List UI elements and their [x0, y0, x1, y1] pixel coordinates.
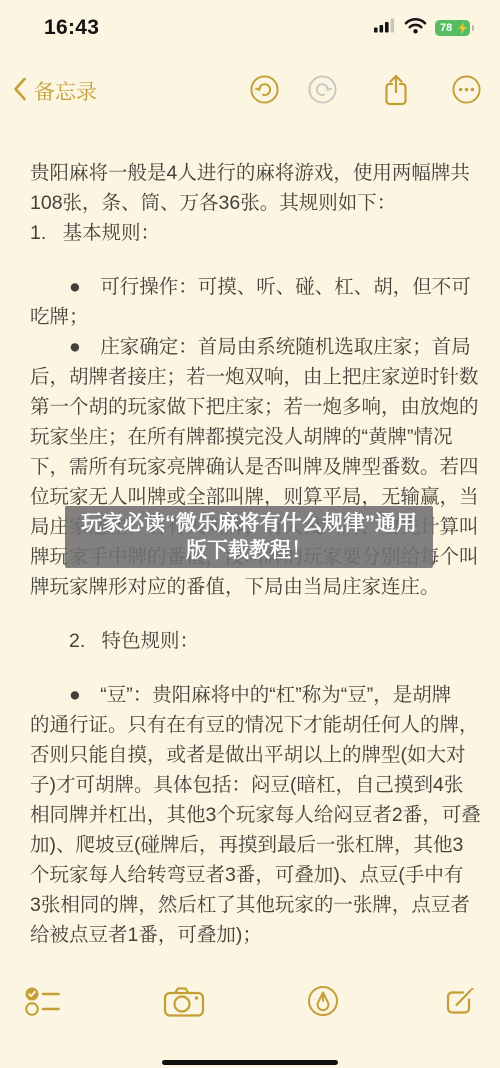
note-line[interactable]: 后，胡牌者接庄；若一炮双响，由上把庄家逆时针数 [30, 362, 472, 392]
checklist-button[interactable] [24, 986, 61, 1019]
note-line[interactable] [30, 248, 472, 272]
note-line[interactable] [30, 602, 472, 626]
wifi-icon [404, 17, 427, 39]
share-icon [381, 73, 411, 110]
note-line[interactable]: 3张相同的牌，然后杠了其他玩家的一张牌，点豆者 [30, 890, 472, 920]
note-line[interactable]: 否则只能自摸，或者是做出平胡以上的牌型(如大对 [30, 740, 472, 770]
note-line[interactable]: 108张，条、筒、万各36张。其规则如下： [30, 188, 472, 218]
note-line[interactable]: 相同牌并杠出，其他3个玩家每人给闷豆者2番，可叠 [30, 800, 472, 830]
cellular-signal-icon [374, 18, 396, 38]
watermark-overlay: 玩家必读“微乐麻将有什么规律”通用版下载教程！ [65, 506, 433, 568]
compose-icon [442, 985, 476, 1020]
redo-icon [307, 74, 338, 108]
undo-button[interactable] [249, 75, 280, 107]
battery-indicator: 78 [435, 20, 470, 36]
note-line[interactable]: ● 可行操作：可摸、听、碰、杠、胡，但不可 [30, 272, 472, 302]
note-line[interactable]: ● 庄家确定：首局由系统随机选取庄家；首局 [30, 332, 472, 362]
status-bar: 16:43 78 [0, 12, 500, 44]
checklist-icon [24, 986, 61, 1019]
share-button[interactable] [381, 75, 411, 107]
note-line[interactable] [30, 656, 472, 680]
note-line[interactable]: ● “豆”：贵阳麻将中的“杠”称为“豆”，是胡牌 [30, 680, 472, 710]
note-line[interactable]: 第一个胡的玩家做下把庄家；若一炮多响，由放炮的 [30, 392, 472, 422]
charging-bolt-icon [458, 22, 468, 40]
bottom-toolbar [0, 974, 500, 1030]
nav-actions [222, 75, 482, 107]
note-line[interactable]: 吃牌； [30, 302, 472, 332]
redo-button[interactable] [307, 75, 338, 107]
camera-button[interactable] [163, 985, 205, 1020]
home-indicator[interactable] [162, 1060, 338, 1065]
nav-bar: 备忘录 [0, 70, 500, 112]
note-line[interactable]: 玩家坐庄；在所有牌都摸完没人胡牌的“黄牌”情况 [30, 422, 472, 452]
note-line[interactable]: 子)才可胡牌。具体包括：闷豆(暗杠，自己摸到4张 [30, 770, 472, 800]
compose-button[interactable] [442, 985, 476, 1020]
notes-app-screen: 16:43 78 [0, 0, 500, 1068]
note-line[interactable]: 贵阳麻将一般是4人进行的麻将游戏，使用两幅牌共 [30, 158, 472, 188]
note-line[interactable]: 个玩家每人给转弯豆者3番，可叠加)、点豆(手中有 [30, 860, 472, 890]
note-line[interactable]: 2. 特色规则： [30, 626, 472, 656]
camera-icon [163, 985, 205, 1020]
note-line[interactable]: 的通行证。只有在有豆的情况下才能胡任何人的牌， [30, 710, 472, 740]
back-button[interactable]: 备忘录 [12, 76, 97, 107]
undo-icon [249, 74, 280, 108]
note-line[interactable]: 牌玩家牌形对应的番值，下局由当局庄家连庄。 [30, 572, 472, 602]
note-line[interactable]: 给被点豆者1番，可叠加)； [30, 920, 472, 950]
more-options-button[interactable] [451, 75, 482, 107]
back-label: 备忘录 [34, 76, 97, 106]
battery-percent: 78 [440, 23, 452, 34]
markup-button[interactable] [306, 984, 340, 1021]
markup-pen-icon [306, 984, 340, 1021]
chevron-left-icon [12, 76, 27, 107]
ellipsis-circle-icon [451, 74, 482, 108]
note-line[interactable]: 1. 基本规则： [30, 218, 472, 248]
note-line[interactable]: 加)、爬坡豆(碰牌后，再摸到最后一张杠牌，其他3 [30, 830, 472, 860]
note-line[interactable]: 下，需所有玩家亮牌确认是否叫牌及牌型番数。若四 [30, 452, 472, 482]
watermark-text: 玩家必读“微乐麻将有什么规律”通用版下载教程！ [73, 510, 425, 564]
status-icons: 78 [374, 17, 470, 39]
clock: 16:43 [44, 16, 99, 40]
